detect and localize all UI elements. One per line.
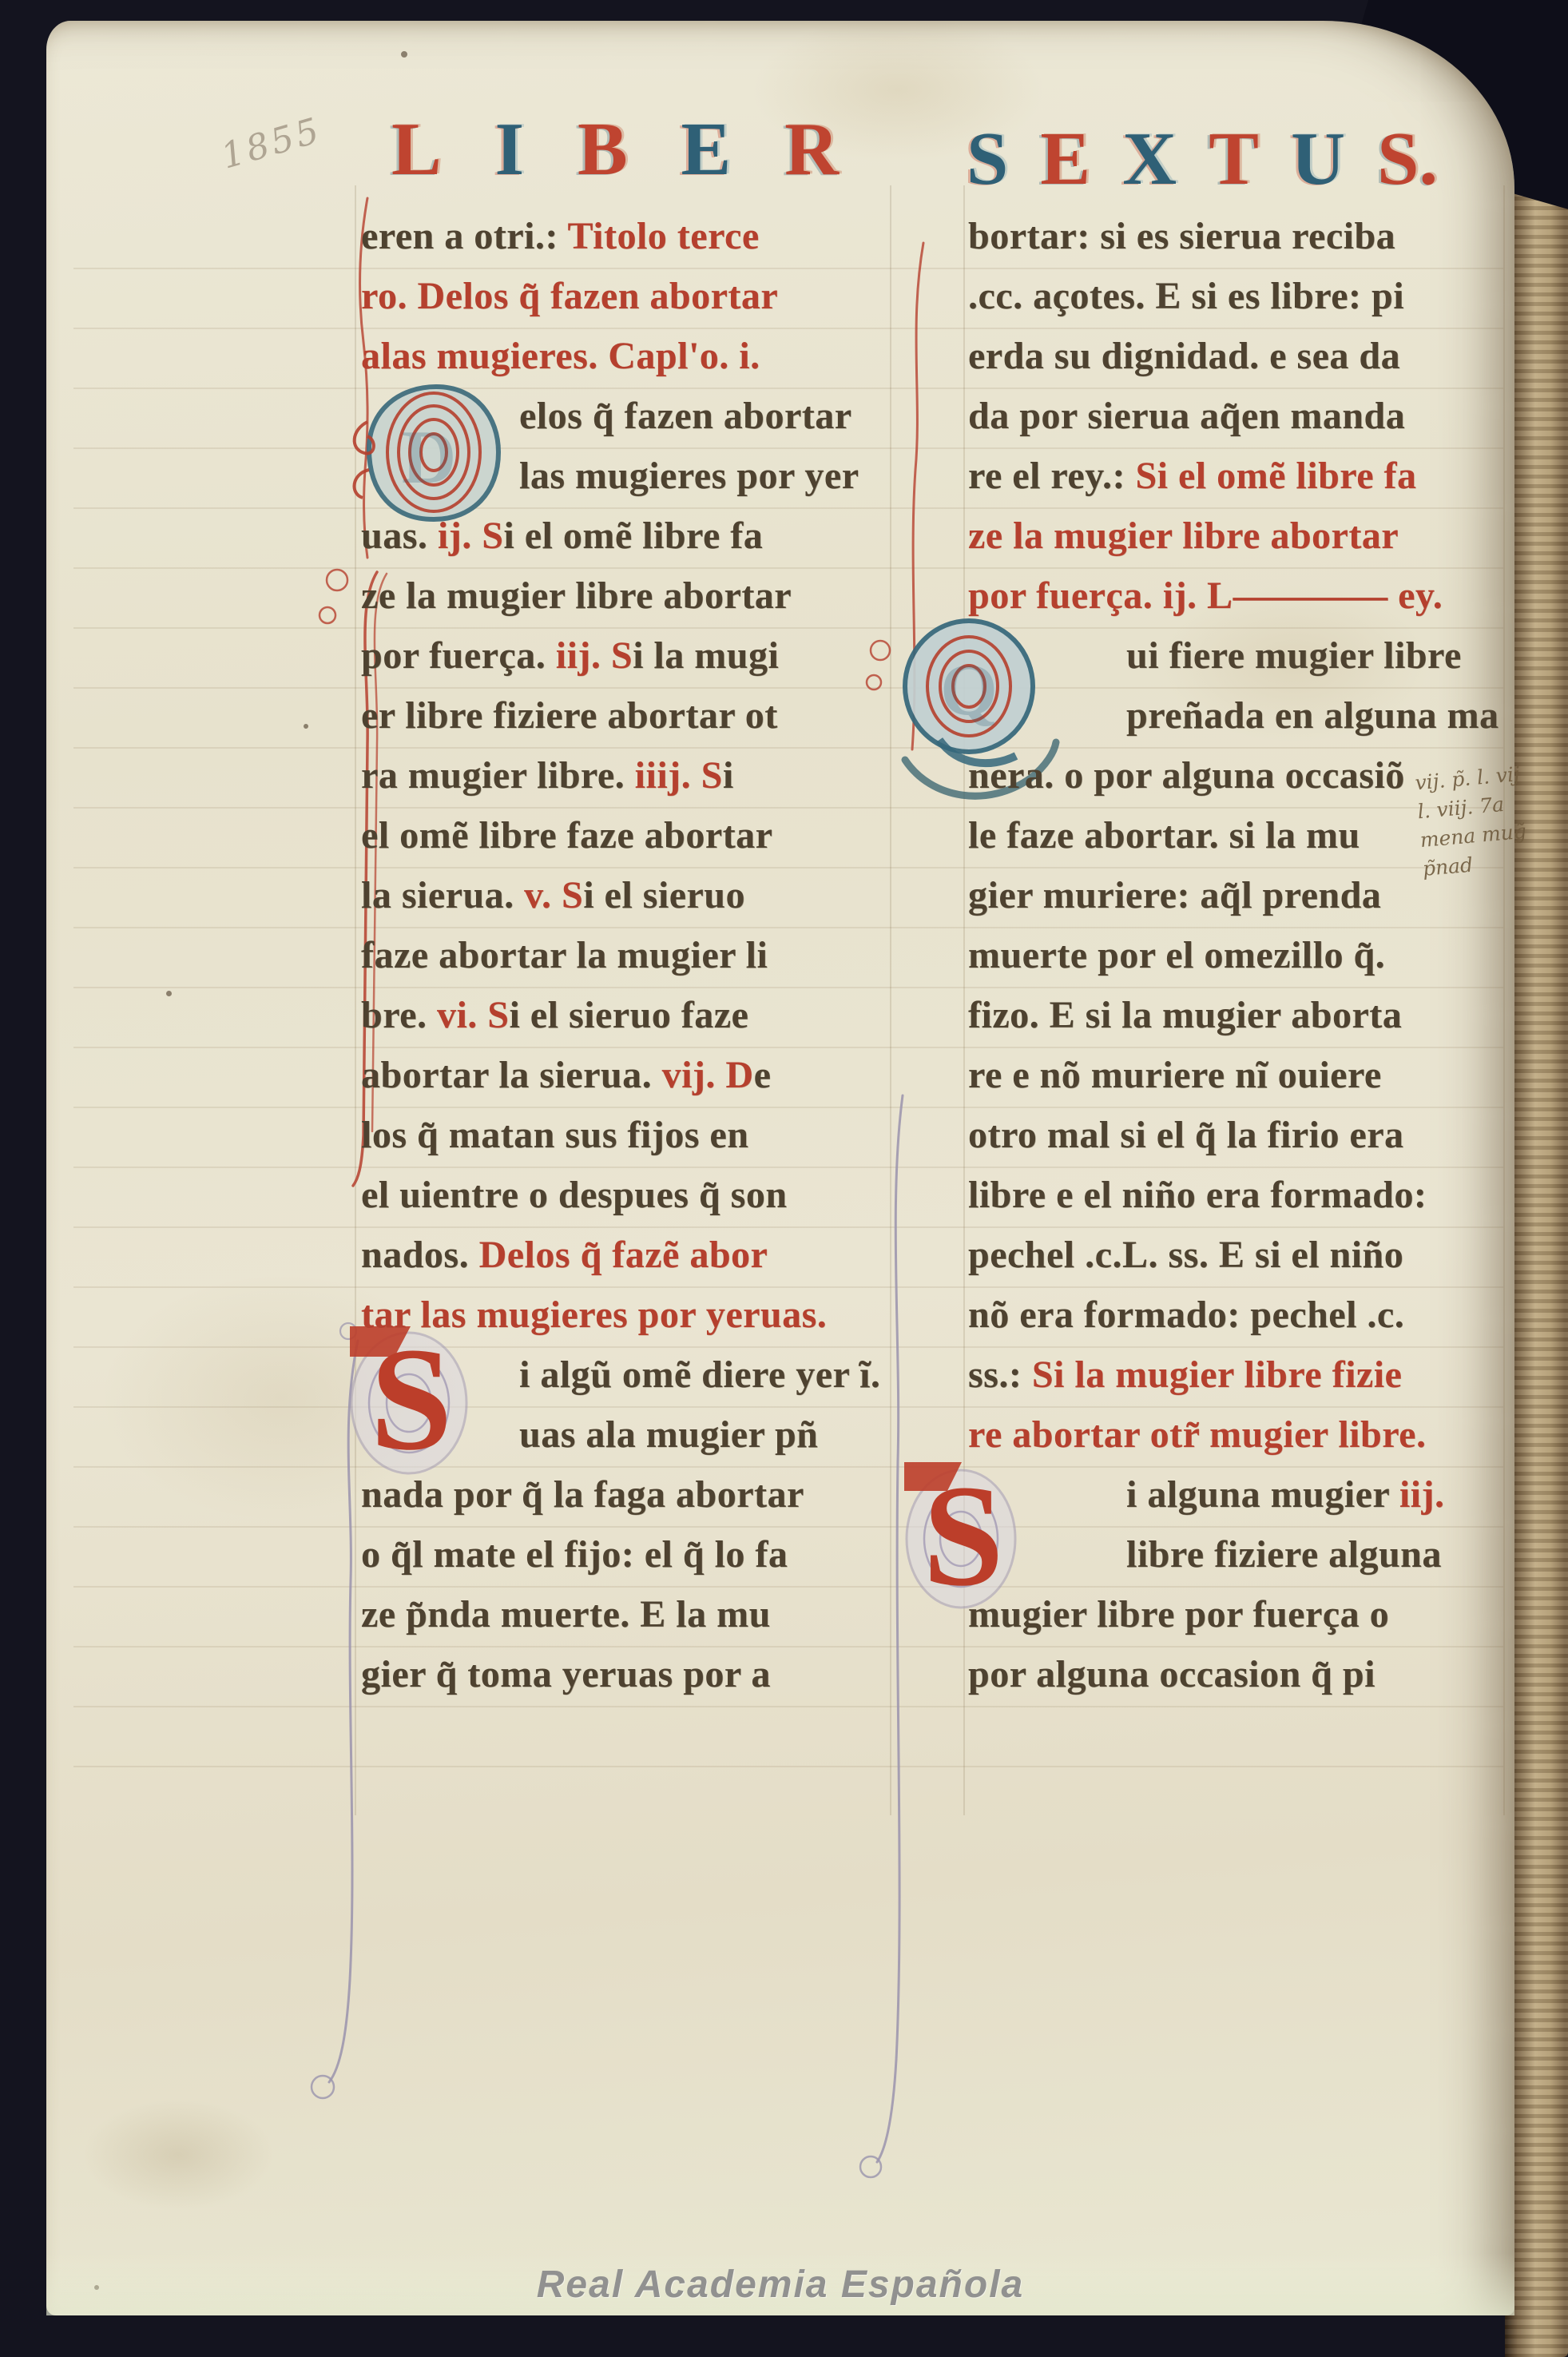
body-text: re el rey.: — [968, 455, 1125, 497]
text-line: muerte por el omezillo q̃. — [968, 925, 1527, 985]
text-line: o q̃l mate el fijo: el q̃ lo fa — [361, 1524, 920, 1584]
rubric-text: ij. S — [427, 515, 503, 557]
text-line: ra mugier libre. iiij. Si — [361, 745, 920, 805]
body-text: i la mugi — [633, 634, 779, 677]
text-line: re e nõ muriere nĩ ouiere — [968, 1045, 1527, 1105]
body-text: re e nõ muriere nĩ ouiere — [968, 1054, 1382, 1096]
body-text: el omẽ libre faze abortar — [361, 814, 772, 857]
text-line: bre. vi. Si el sieruo faze — [361, 985, 920, 1045]
text-line: por alguna occasion q̃ pi — [968, 1644, 1527, 1704]
body-text: eren a otri.: — [361, 215, 558, 257]
rubric-text: vi. S — [427, 994, 509, 1036]
body-text: libre fiziere alguna — [1126, 1533, 1442, 1576]
body-text: otro mal si el q̃ la firio era — [968, 1114, 1404, 1156]
text-line: ze la mugier libre abortar — [361, 566, 920, 626]
body-text: e — [754, 1054, 772, 1096]
body-text: .cc. açotes. E si es libre: pi — [968, 275, 1404, 317]
body-text: gier q̃ toma yeruas por a — [361, 1653, 771, 1695]
text-line: mugier libre por fuerça o — [968, 1584, 1527, 1644]
body-text: ui fiere mugier libre — [1126, 634, 1462, 677]
body-text: abortar la sierua. — [361, 1054, 652, 1096]
body-text: pechel .c.L. ss. E si el niño — [968, 1234, 1403, 1276]
body-text: las mugieres por yer — [519, 455, 859, 497]
text-line: erda su dignidad. e sea da — [968, 326, 1527, 386]
text-line: libre fiziere alguna — [968, 1524, 1527, 1584]
text-line: re abortar otr̃ mugier libre. — [968, 1405, 1527, 1465]
body-text: por fuerça. — [361, 634, 546, 677]
text-line: er libre fiziere abortar ot — [361, 686, 920, 745]
body-text: ra mugier libre. — [361, 754, 625, 797]
text-line: i algũ omẽ diere yer ĩ. — [361, 1345, 920, 1405]
text-line: libre e el niño era formado: — [968, 1165, 1527, 1225]
text-line: preñada en alguna ma — [968, 686, 1527, 745]
rubric-text: iiij. S — [625, 754, 723, 797]
body-text: erda su dignidad. e sea da — [968, 335, 1400, 377]
watermark-text: Real Academia Española — [46, 2263, 1514, 2307]
body-text: i alguna mugier — [1126, 1473, 1389, 1516]
body-text: nõ era formado: pechel .c. — [968, 1294, 1404, 1336]
rubric-text: v. S — [514, 874, 584, 916]
body-text: o q̃l mate el fijo: el q̃ lo fa — [361, 1533, 788, 1576]
body-text: le faze abortar. si la mu — [968, 814, 1360, 857]
text-line: los q̃ matan sus fijos en — [361, 1105, 920, 1165]
body-text: uas. — [361, 515, 427, 557]
body-text: gier muriere: aq̃l prenda — [968, 874, 1381, 916]
text-line: i alguna mugier iij. — [968, 1465, 1527, 1524]
text-line: .cc. açotes. E si es libre: pi — [968, 266, 1527, 326]
text-line: eren a otri.: Titolo terce — [361, 206, 920, 266]
text-line: ze p̃nda muerte. E la mu — [361, 1584, 920, 1644]
body-text: preñada en alguna ma — [1126, 694, 1499, 737]
body-text: i algũ omẽ diere yer ĩ. — [519, 1353, 880, 1396]
body-text: libre e el niño era formado: — [968, 1174, 1427, 1216]
marginal-gloss: vij. p̃. l. vijl. viij. 7amena mug̃p̃nad — [1414, 756, 1568, 884]
text-line: nada por q̃ la faga abortar — [361, 1465, 920, 1524]
text-line: bortar: si es sierua reciba — [968, 206, 1527, 266]
body-text: el uientre o despues q̃ son — [361, 1174, 788, 1216]
text-line: elos q̃ fazen abortar — [361, 386, 920, 446]
body-text: muerte por el omezillo q̃. — [968, 934, 1385, 976]
rubric-text: ro. Delos q̃ fazen abortar — [361, 275, 778, 317]
text-line: uas ala mugier pñ — [361, 1405, 920, 1465]
body-text: er libre fiziere abortar ot — [361, 694, 778, 737]
right-text-column: bortar: si es sierua reciba.cc. açotes. … — [968, 206, 1527, 1704]
text-line: gier q̃ toma yeruas por a — [361, 1644, 920, 1704]
body-text: i el sieruo — [583, 874, 745, 916]
body-text: uas ala mugier pñ — [519, 1413, 818, 1456]
rubric-text: iij. — [1389, 1473, 1444, 1516]
rubric-text: Si la mugier libre fizie — [1022, 1353, 1402, 1396]
body-text: da por sierua aq̃en manda — [968, 395, 1405, 437]
text-line: abortar la sierua. vij. De — [361, 1045, 920, 1105]
text-line: alas mugieres. Capl'o. i. — [361, 326, 920, 386]
text-line: el omẽ libre faze abortar — [361, 805, 920, 865]
text-line: ro. Delos q̃ fazen abortar — [361, 266, 920, 326]
text-line: nõ era formado: pechel .c. — [968, 1285, 1527, 1345]
body-text: fizo. E si la mugier aborta — [968, 994, 1402, 1036]
body-text: nera. o por alguna occasiõ — [968, 754, 1405, 797]
body-text: elos q̃ fazen abortar — [519, 395, 852, 437]
rubric-text: ze la mugier libre abortar — [968, 515, 1399, 557]
body-text: los q̃ matan sus fijos en — [361, 1114, 748, 1156]
text-line: las mugieres por yer — [361, 446, 920, 506]
body-text: bortar: si es sierua reciba — [968, 215, 1395, 257]
rubric-text: tar las mugieres por yeruas. — [361, 1294, 827, 1336]
body-text: ss.: — [968, 1353, 1022, 1396]
rubric-text: por fuerça. ij. L———— ey. — [968, 574, 1443, 617]
text-line: la sierua. v. Si el sieruo — [361, 865, 920, 925]
text-line: faze abortar la mugier li — [361, 925, 920, 985]
text-line: por fuerça. iij. Si la mugi — [361, 626, 920, 686]
rubric-text: iij. S — [546, 634, 633, 677]
body-text: ze la mugier libre abortar — [361, 574, 792, 617]
text-line: pechel .c.L. ss. E si el niño — [968, 1225, 1527, 1285]
text-line: el uientre o despues q̃ son — [361, 1165, 920, 1225]
text-line: ze la mugier libre abortar — [968, 506, 1527, 566]
body-text: i el omẽ libre fa — [503, 515, 763, 557]
rubric-text: re abortar otr̃ mugier libre. — [968, 1413, 1426, 1456]
body-text: bre. — [361, 994, 427, 1036]
body-text: i el sieruo faze — [509, 994, 748, 1036]
body-text: nada por q̃ la faga abortar — [361, 1473, 804, 1516]
body-text: ze p̃nda muerte. E la mu — [361, 1593, 771, 1636]
rubric-text: Si el omẽ libre fa — [1125, 455, 1417, 497]
body-text: i — [723, 754, 734, 797]
body-text: por alguna occasion q̃ pi — [968, 1653, 1375, 1695]
body-text: la sierua. — [361, 874, 514, 916]
body-text: faze abortar la mugier li — [361, 934, 768, 976]
rubric-text: Delos q̃ fazẽ abor — [469, 1234, 768, 1276]
rubric-text: vij. D — [652, 1054, 753, 1096]
rubric-text: alas mugieres. Capl'o. i. — [361, 335, 760, 377]
manuscript-photo: 1855 LIBER SEXTUS. — [0, 0, 1568, 2357]
text-line: da por sierua aq̃en manda — [968, 386, 1527, 446]
text-line: re el rey.: Si el omẽ libre fa — [968, 446, 1527, 506]
text-line: nados. Delos q̃ fazẽ abor — [361, 1225, 920, 1285]
text-line: ui fiere mugier libre — [968, 626, 1527, 686]
text-line: ss.: Si la mugier libre fizie — [968, 1345, 1527, 1405]
body-text: nados. — [361, 1234, 469, 1276]
text-line: fizo. E si la mugier aborta — [968, 985, 1527, 1045]
rubric-text: Titolo terce — [558, 215, 760, 257]
text-line: tar las mugieres por yeruas. — [361, 1285, 920, 1345]
body-text: mugier libre por fuerça o — [968, 1593, 1389, 1636]
text-line: uas. ij. Si el omẽ libre fa — [361, 506, 920, 566]
text-line: por fuerça. ij. L———— ey. — [968, 566, 1527, 626]
text-line: otro mal si el q̃ la firio era — [968, 1105, 1527, 1165]
parchment-page: 1855 LIBER SEXTUS. — [46, 21, 1514, 2315]
left-text-column: eren a otri.: Titolo tercero. Delos q̃ f… — [361, 206, 920, 1704]
